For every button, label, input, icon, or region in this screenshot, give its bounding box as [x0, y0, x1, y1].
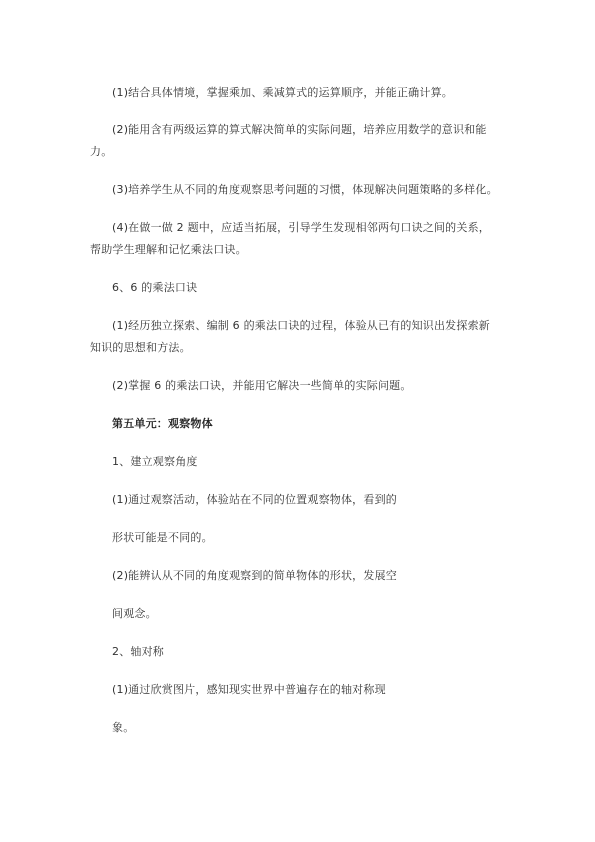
text-line: (2)掌握 6 的乘法口诀，并能用它解决一些简单的实际问题。	[112, 379, 412, 393]
text-line: (2)能用含有两级运算的算式解决简单的实际问题，培养应用数学的意识和能	[112, 123, 487, 137]
text-line: (2)能辨认从不同的角度观察到的简单物体的形状，发展空	[112, 569, 397, 583]
text-line: 帮助学生理解和记忆乘法口诀。	[90, 243, 247, 257]
text-line: (1)通过欣赏图片，感知现实世界中普遍存在的轴对称现	[112, 683, 386, 697]
text-line: (1)经历独立探索、编制 6 的乘法口诀的过程，体验从已有的知识出发探索新	[112, 319, 490, 333]
section-heading: 第五单元：观察物体	[112, 417, 213, 431]
text-line: 1、建立观察角度	[112, 455, 198, 469]
text-line: 间观念。	[112, 607, 157, 621]
text-line: 形状可能是不同的。	[112, 531, 213, 545]
text-line: (1)结合具体情境，掌握乘加、乘减算式的运算顺序，并能正确计算。	[112, 86, 453, 100]
text-line: (1)通过观察活动，体验站在不同的位置观察物体，看到的	[112, 493, 397, 507]
text-line: 象。	[112, 721, 134, 735]
text-line: 知识的思想和方法。	[90, 341, 191, 355]
text-line: 6、6 的乘法口诀	[112, 281, 197, 295]
text-line: 2、轴对称	[112, 645, 164, 659]
text-line: (3)培养学生从不同的角度观察思考问题的习惯，体现解决问题策略的多样化。	[112, 183, 498, 197]
text-line: 力。	[90, 145, 112, 159]
text-line: (4)在做一做 2 题中，应适当拓展，引导学生发现相邻两句口诀之间的关系，	[112, 221, 490, 235]
